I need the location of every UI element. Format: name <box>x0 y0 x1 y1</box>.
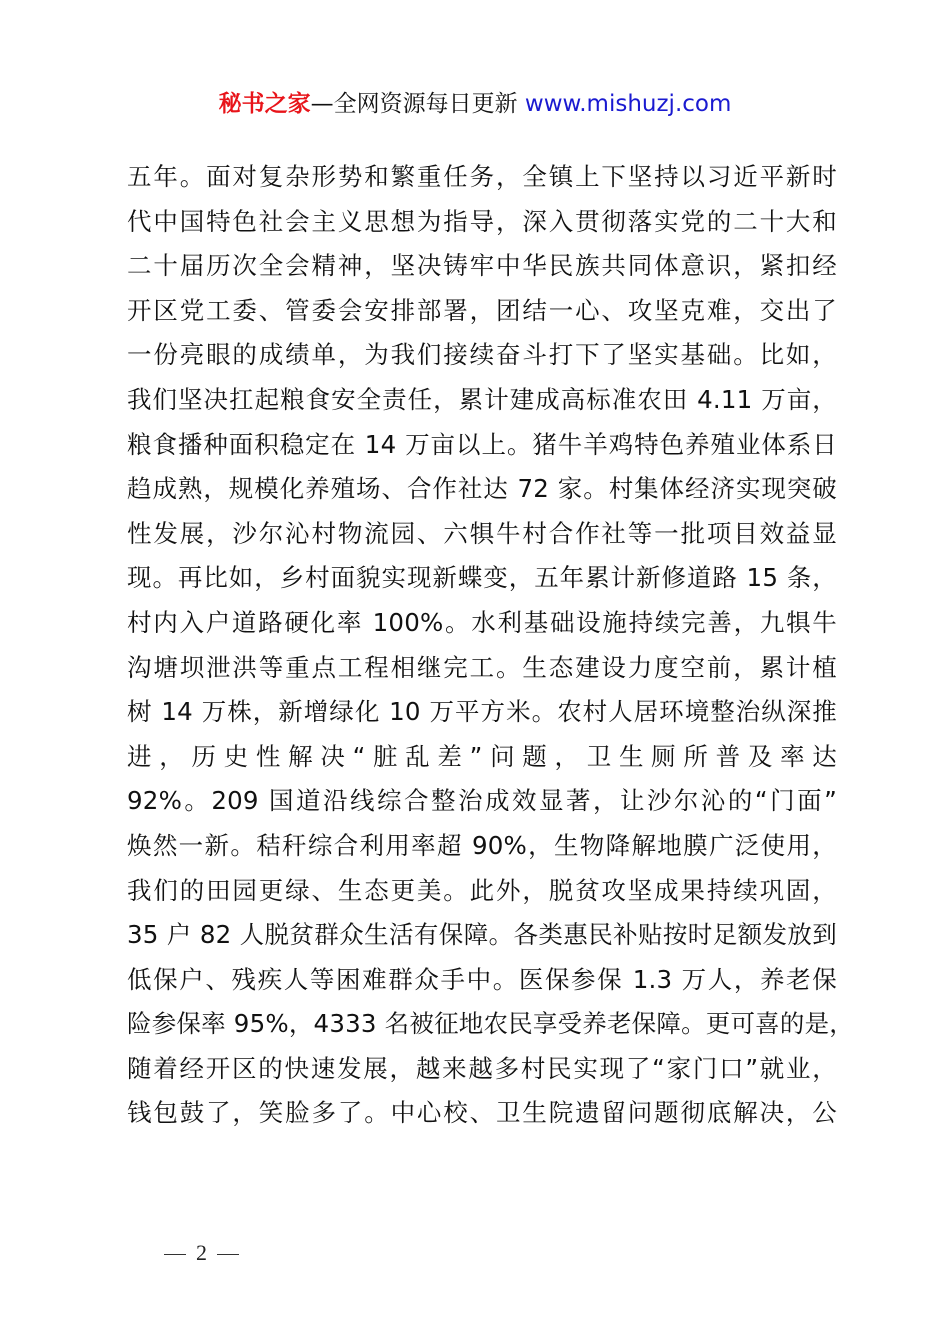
text-line: 性发展，沙尔沁村物流园、六犋牛村合作社等一批项目效益显 <box>127 512 837 557</box>
text-line: 趋成熟，规模化养殖场、合作社达 72 家。村集体经济实现突破 <box>127 467 837 512</box>
watermark-header: 秘书之家—全网资源每日更新 www.mishuzj.com <box>0 86 950 122</box>
text-line: 险参保率 95%，4333 名被征地农民享受养老保障。更可喜的是， <box>127 1002 837 1047</box>
dash-left <box>164 1254 186 1255</box>
brand-name: 秘书之家 <box>219 91 311 117</box>
text-line: 二十届历次全会精神，坚决铸牢中华民族共同体意识，紧扣经 <box>127 244 837 289</box>
document-body: 五年。面对复杂形势和繁重任务，全镇上下坚持以习近平新时 代中国特色社会主义思想为… <box>127 155 837 1136</box>
page-number: 2 <box>196 1238 207 1268</box>
website-link[interactable]: www.mishuzj.com <box>525 91 731 117</box>
text-line: 一份亮眼的成绩单，为我们接续奋斗打下了坚实基础。比如， <box>127 333 837 378</box>
text-line: 现。再比如，乡村面貌实现新蝶变，五年累计新修道路 15 条， <box>127 556 837 601</box>
text-line: 我们的田园更绿、生态更美。此外，脱贫攻坚成果持续巩固， <box>127 869 837 914</box>
text-line: 35 户 82 人脱贫群众生活有保障。各类惠民补贴按时足额发放到 <box>127 913 837 958</box>
page-footer: 2 <box>160 1238 243 1268</box>
text-line: 随着经开区的快速发展，越来越多村民实现了“家门口”就业， <box>127 1047 837 1092</box>
text-line: 92%。209 国道沿线综合整治成效显著，让沙尔沁的“门面” <box>127 779 837 824</box>
text-line: 钱包鼓了，笑脸多了。中心校、卫生院遗留问题彻底解决，公 <box>127 1091 837 1136</box>
text-line: 进，历史性解决“脏乱差”问题，卫生厕所普及率达 <box>127 735 837 780</box>
text-line: 我们坚决扛起粮食安全责任，累计建成高标准农田 4.11 万亩， <box>127 378 837 423</box>
header-tagline: —全网资源每日更新 <box>311 91 518 117</box>
text-line: 粮食播种面积稳定在 14 万亩以上。猪牛羊鸡特色养殖业体系日 <box>127 423 837 468</box>
text-line: 焕然一新。秸秆综合利用率超 90%，生物降解地膜广泛使用， <box>127 824 837 869</box>
text-line: 代中国特色社会主义思想为指导，深入贯彻落实党的二十大和 <box>127 200 837 245</box>
text-line: 低保户、残疾人等困难群众手中。医保参保 1.3 万人，养老保 <box>127 958 837 1003</box>
text-line: 树 14 万株，新增绿化 10 万平方米。农村人居环境整治纵深推 <box>127 690 837 735</box>
dash-right <box>217 1254 239 1255</box>
text-line: 村内入户道路硬化率 100%。水利基础设施持续完善，九犋牛 <box>127 601 837 646</box>
text-line: 开区党工委、管委会安排部署，团结一心、攻坚克难，交出了 <box>127 289 837 334</box>
text-line: 沟塘坝泄洪等重点工程相继完工。生态建设力度空前，累计植 <box>127 646 837 691</box>
text-line: 五年。面对复杂形势和繁重任务，全镇上下坚持以习近平新时 <box>127 155 837 200</box>
